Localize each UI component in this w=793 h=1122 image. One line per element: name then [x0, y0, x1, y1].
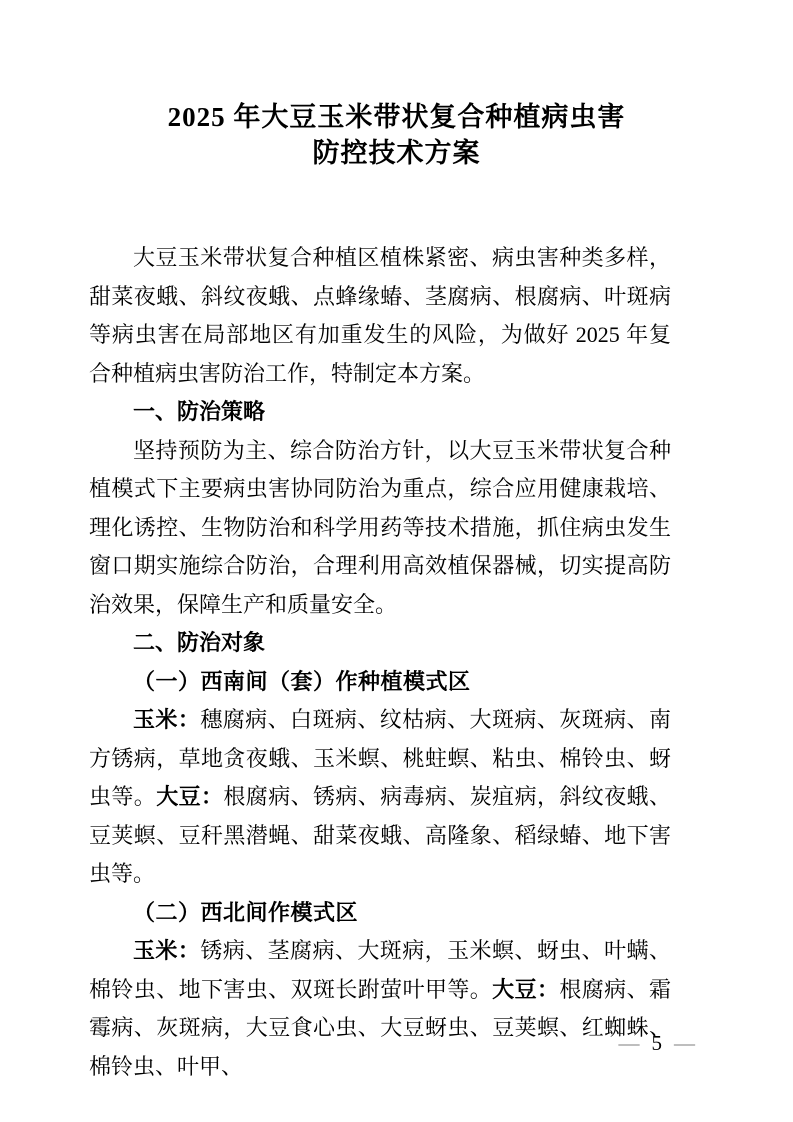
southwest-corn-label: 玉米：: [133, 707, 200, 732]
page-footer: —5—: [619, 1031, 696, 1055]
section-1-paragraph: 坚持预防为主、综合防治方针，以大豆玉米带状复合种植模式下主要病虫害协同防治为重点…: [89, 432, 671, 625]
page-number: 5: [652, 1031, 663, 1055]
title-line-1: 2025 年大豆玉米带状复合种植病虫害: [0, 99, 793, 135]
title-line-2: 防控技术方案: [0, 135, 793, 171]
footer-dash-left: —: [619, 1031, 640, 1055]
document-page: 2025 年大豆玉米带状复合种植病虫害 防控技术方案 大豆玉米带状复合种植区植株…: [0, 0, 793, 1122]
section-1-heading: 一、防治策略: [89, 393, 671, 432]
northwest-soybean-label: 大豆：: [492, 977, 559, 1002]
northwest-corn-label: 玉米：: [133, 938, 200, 963]
document-body: 大豆玉米带状复合种植区植株紧密、病虫害种类多样，甜菜夜蛾、斜纹夜蛾、点蜂缘蝽、茎…: [89, 239, 671, 1086]
subsection-southwest-heading: （一）西南间（套）作种植模式区: [89, 663, 671, 702]
intro-paragraph: 大豆玉米带状复合种植区植株紧密、病虫害种类多样，甜菜夜蛾、斜纹夜蛾、点蜂缘蝽、茎…: [89, 239, 671, 393]
section-2-heading: 二、防治对象: [89, 624, 671, 663]
footer-dash-right: —: [674, 1031, 695, 1055]
southwest-soybean-label: 大豆：: [156, 784, 223, 809]
document-title: 2025 年大豆玉米带状复合种植病虫害 防控技术方案: [0, 99, 793, 171]
subsection-northwest-paragraph: 玉米：锈病、茎腐病、大斑病，玉米螟、蚜虫、叶螨、棉铃虫、地下害虫、双斑长跗萤叶甲…: [89, 932, 671, 1086]
subsection-southwest-paragraph: 玉米：穗腐病、白斑病、纹枯病、大斑病、灰斑病、南方锈病，草地贪夜蛾、玉米螟、桃蛀…: [89, 701, 671, 894]
subsection-northwest-heading: （二）西北间作模式区: [89, 894, 671, 933]
